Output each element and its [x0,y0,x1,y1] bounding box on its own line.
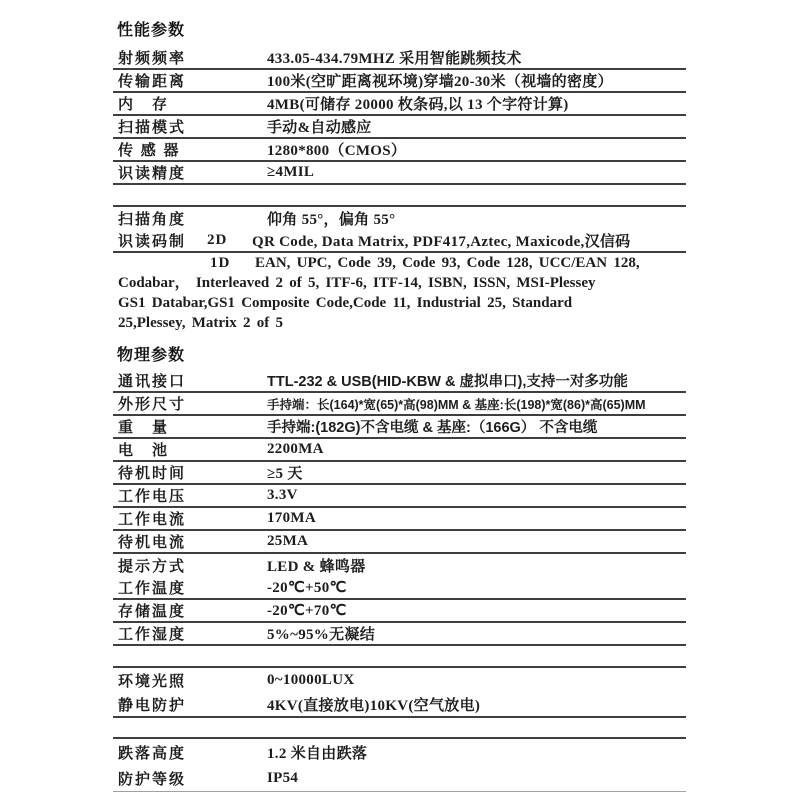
spec-label: 电 池 [118,439,267,460]
spec-label: 识读精度 [118,162,267,183]
spec-value: QR Code, Data Matrix, PDF417,Aztec, Maxi… [252,230,686,251]
spec-value: 手动&自动感应 [267,116,686,137]
spec-value: 100米(空旷距离视环境)穿墙20-30米（视墙的密度） [267,70,686,91]
spec-row-working-humidity: 工作湿度 5%~95%无凝结 [113,623,686,646]
spec-value: TTL-232 & USB(HID-KBW & 虚拟串口),支持一对多功能 [267,370,686,391]
spec-label: 待机时间 [118,462,267,483]
spec-row-battery: 电 池 2200MA [113,439,686,462]
spec-value: 0~10000LUX [267,672,686,689]
spec-label: 工作电压 [118,485,267,506]
spec-value: ≥5 天 [267,462,686,483]
spec-label: 存储温度 [118,600,267,621]
spec-value: 25MA [267,533,686,550]
spec-row-working-voltage: 工作电压 3.3V [113,485,686,508]
spec-value: -20℃+50℃ [267,578,686,597]
spec-label: 通讯接口 [118,370,267,391]
spec-row-weight: 重 量 手持端:(182G)不含电缆 & 基座:（166G） 不含电缆 [113,416,686,439]
spec-value: 仰角 55°，偏角 55° [267,208,686,229]
symbology-1d-line4: 25,Plessey, Matrix 2 of 5 [113,313,686,333]
spec-row-comm-interface: 通讯接口 TTL-232 & USB(HID-KBW & 虚拟串口),支持一对多… [113,370,686,393]
spec-label: 工作湿度 [118,623,267,644]
spec-value: 5%~95%无凝结 [267,623,686,644]
spec-row-sensor: 传 感 器 1280*800（CMOS） [113,139,686,162]
spec-label: 传输距离 [118,70,267,91]
spec-value: 4MB(可储存 20000 枚条码,以 13 个字符计算) [267,93,686,114]
spec-label: 工作温度 [118,577,267,598]
spec-row-ambient-light: 环境光照 0~10000LUX [113,666,686,693]
spec-row-ip-rating: 防护等级 IP54 [113,766,686,792]
spec-label: 工作电流 [118,508,267,529]
spec-label: 提示方式 [118,555,267,576]
spec-row-drop-height: 跌落高度 1.2 米自由跌落 [113,737,686,766]
section-heading-physical: 物理参数 [113,346,686,365]
spec-row-storage-temperature: 存储温度 -20℃+70℃ [113,600,686,623]
spec-label: 射频频率 [118,47,267,68]
spec-value: 1280*800（CMOS） [267,139,686,160]
spec-row-esd-protection: 静电防护 4KV(直接放电)10KV(空气放电) [113,693,686,718]
spec-row-standby-current: 待机电流 25MA [113,531,686,554]
spec-value: LED & 蜂鸣器 [267,555,686,576]
spec-row-working-current: 工作电流 170MA [113,508,686,531]
spec-value: IP54 [267,770,686,787]
symbology-1d-line1: 1D EAN, UPC, Code 39, Code 93, Code 128,… [113,253,686,273]
spec-row-working-temperature: 工作温度 -20℃+50℃ [113,577,686,600]
spec-label: 外形尺寸 [118,393,267,414]
symbology-1d-paragraph: 1D EAN, UPC, Code 39, Code 93, Code 128,… [113,253,686,333]
spec-label: 内 存 [118,93,267,114]
spec-value: 4KV(直接放电)10KV(空气放电) [267,694,686,715]
section-heading-performance: 性能参数 [113,21,686,40]
symbology-1d-text: EAN, UPC, Code 39, Code 93, Code 128, UC… [255,253,640,273]
spec-row-dimensions: 外形尺寸 手持端：长(164)*宽(65)*高(98)MM & 基座:长(198… [113,393,686,416]
spec-value: 1.2 米自由跌落 [267,742,686,763]
spec-row-memory: 内 存 4MB(可储存 20000 枚条码,以 13 个字符计算) [113,93,686,116]
spec-label: 识读码制 [118,230,207,251]
spec-value: 2200MA [267,441,686,458]
section-gap [113,185,686,205]
spec-row-transmission-distance: 传输距离 100米(空旷距离视环境)穿墙20-30米（视墙的密度） [113,70,686,93]
spec-label: 防护等级 [118,768,267,789]
spec-value: ≥4MIL [267,164,686,181]
symbology-1d-line3: GS1 Databar,GS1 Composite Code,Code 11, … [113,293,686,313]
spec-row-scan-angle: 扫描角度 仰角 55°，偏角 55° [113,205,686,230]
symbology-1d-tag: 1D [210,253,255,273]
spec-label: 扫描角度 [118,208,267,229]
spec-row-read-precision: 识读精度 ≥4MIL [113,162,686,185]
section-gap [113,646,686,666]
spec-value: 433.05-434.79MHZ 采用智能跳频技术 [267,47,686,68]
spec-label: 待机电流 [118,531,267,552]
symbology-2d-tag: 2D [207,232,252,249]
symbology-1d-line2: Codabar， Interleaved 2 of 5, ITF-6, ITF-… [113,273,686,293]
spec-value: 3.3V [267,487,686,504]
spec-row-prompt-mode: 提示方式 LED & 蜂鸣器 [113,554,686,577]
spec-label: 扫描模式 [118,116,267,137]
spec-row-rf-frequency: 射频频率 433.05-434.79MHZ 采用智能跳频技术 [113,47,686,70]
spec-label: 跌落高度 [118,742,267,763]
spec-value: 手持端：长(164)*宽(65)*高(98)MM & 基座:长(198)*宽(8… [267,395,686,413]
spec-value: 170MA [267,510,686,527]
spec-label: 传 感 器 [118,139,267,160]
section-gap [113,718,686,737]
spec-value: -20℃+70℃ [267,601,686,620]
spec-label: 重 量 [118,416,267,437]
spec-label: 静电防护 [118,694,267,715]
spec-row-symbology-2d: 识读码制 2D QR Code, Data Matrix, PDF417,Azt… [113,230,686,253]
spec-row-standby-time: 待机时间 ≥5 天 [113,462,686,485]
spec-sheet: 性能参数 射频频率 433.05-434.79MHZ 采用智能跳频技术 传输距离… [113,21,686,792]
spec-row-scan-mode: 扫描模式 手动&自动感应 [113,116,686,139]
spec-value: 手持端:(182G)不含电缆 & 基座:（166G） 不含电缆 [267,416,686,437]
spec-label: 环境光照 [118,670,267,691]
